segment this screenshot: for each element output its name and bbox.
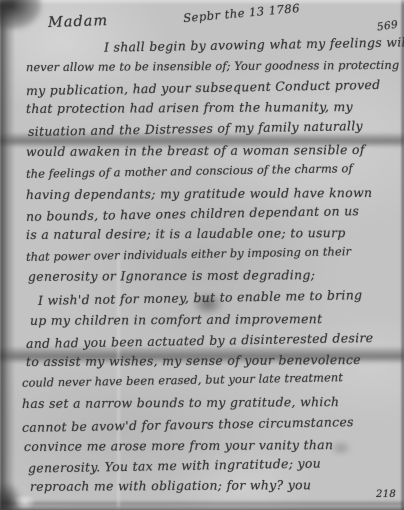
date-line: Sepbr the 13 1786 — [183, 1, 301, 25]
salutation: Madam — [48, 13, 109, 31]
page-number: 218 — [376, 489, 396, 500]
letter-line: no bounds, to have ones children dependa… — [26, 203, 359, 224]
letter-line: cannot be avow'd for favours those circu… — [22, 414, 354, 435]
letter-line: could never have been erased, but your l… — [22, 370, 343, 390]
letter-line: my publication, had your subsequent Cond… — [26, 77, 381, 98]
letter-line: to assist my wishes, my sense of your be… — [26, 352, 361, 369]
letter-line: I wish'd not for money, but to enable me… — [38, 287, 363, 308]
letter-line: the feelings of a mother and conscious o… — [26, 161, 353, 181]
letter-line: convince me arose more from your vanity … — [24, 437, 333, 454]
letter-ink-layer: Sepbr the 13 1786 569 Madam I shall begi… — [0, 0, 404, 510]
letter-line: and had you been actuated by a disintere… — [26, 330, 374, 351]
folio-number: 569 — [376, 19, 399, 34]
letter-line: would awaken in the breast of a woman se… — [26, 142, 365, 159]
letter-line: I shall begin by avowing what my feeling… — [104, 34, 404, 54]
letter-line: generosity. You tax me with ingratitude;… — [28, 455, 321, 475]
letter-line: up my children in comfort and improvemen… — [30, 311, 322, 328]
letter-photograph: Sepbr the 13 1786 569 Madam I shall begi… — [0, 0, 404, 510]
letter-line: that protection had arisen from the huma… — [26, 99, 353, 116]
letter-line: is a natural desire; it is a laudable on… — [26, 225, 346, 242]
letter-line: that power over individuals either by im… — [26, 244, 351, 264]
letter-line: generosity or Ignorance is most degradin… — [28, 267, 315, 284]
letter-line: never allow me to be insensible of; Your… — [26, 58, 399, 74]
letter-line: situation and the Distresses of my famil… — [28, 118, 363, 139]
letter-line: has set a narrow bounds to my gratitude,… — [22, 394, 339, 411]
letter-line: having dependants; my gratitude would ha… — [26, 185, 372, 202]
letter-line: reproach me with obligation; for why? yo… — [30, 477, 311, 494]
